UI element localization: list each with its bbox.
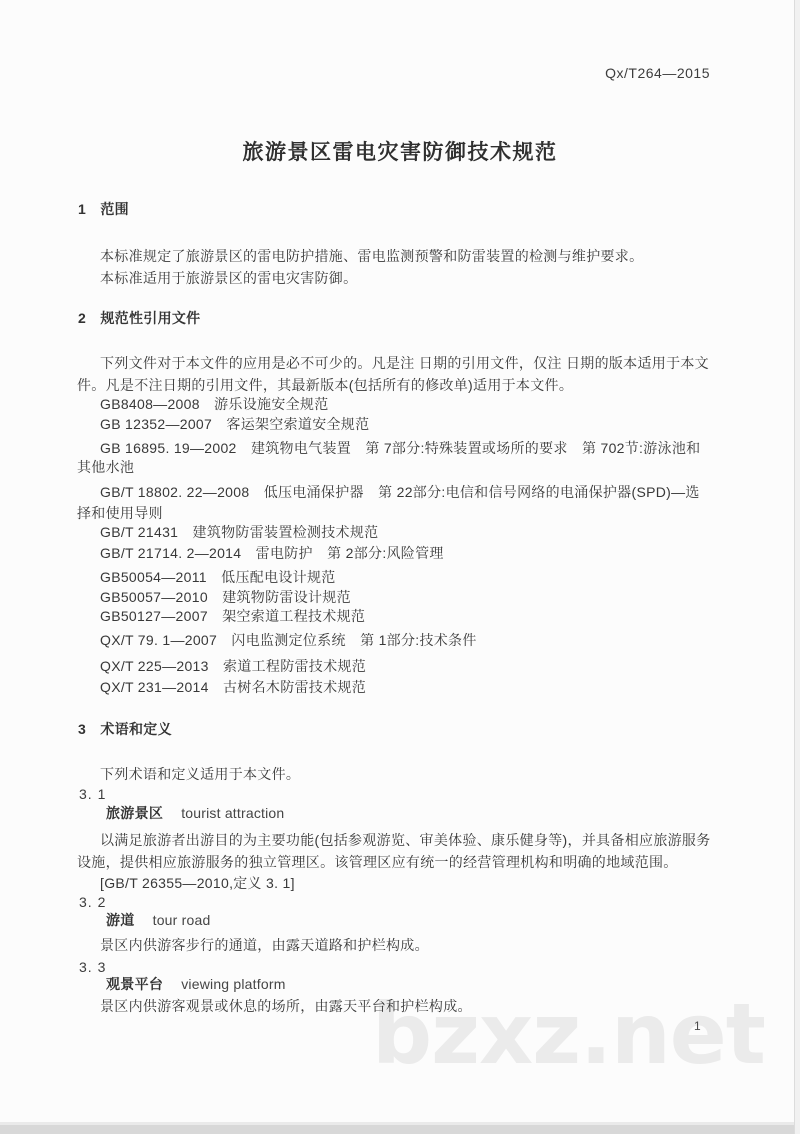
reference-line: QX/T 225—2013 索道工程防雷技术规范: [100, 656, 366, 676]
reference-line: GB/T 21431 建筑物防雷装置检测技术规范: [100, 522, 378, 542]
page-title: 旅游景区雷电灾害防御技术规范: [0, 138, 800, 168]
section-1-paragraph-2: 本标准适用于旅游景区的雷电灾害防御。: [100, 268, 357, 288]
reference-line: QX/T 231—2014 古树名木防雷技术规范: [100, 677, 366, 697]
section-3-heading: 3 术语和定义: [78, 719, 172, 739]
term-zh: 旅游景区: [106, 805, 163, 821]
reference-line: GB 12352—2007 客运架空索道安全规范: [100, 414, 369, 434]
section-3-intro: 下列术语和定义适用于本文件。: [100, 764, 300, 784]
clause-3-2-definition: 景区内供游客步行的通道，由露天道路和护栏构成。: [100, 935, 429, 955]
reference-line: GB/T 21714. 2—2014 雷电防护 第 2部分:风险管理: [100, 543, 444, 563]
term-en: tour road: [153, 912, 211, 928]
clause-3-1-source: [GB/T 26355—2010,定义 3. 1]: [100, 873, 295, 893]
doc-number: Qx/T264—2015: [605, 63, 710, 83]
clause-3-1-definition-line-1: 以满足旅游者出游目的为主要功能(包括参观游览、审美体验、康乐健身等)，并具备相应…: [100, 830, 711, 850]
clause-3-2-term: 游道tour road: [106, 910, 210, 930]
page-number: 1: [694, 1019, 701, 1033]
term-en: tourist attraction: [181, 805, 284, 821]
reference-line: QX/T 79. 1—2007 闪电监测定位系统 第 1部分:技术条件: [100, 630, 477, 650]
reference-line: GB 16895. 19—2002 建筑物电气装置 第 7部分:特殊装置或场所的…: [100, 438, 700, 458]
clause-3-1-number: 3. 1: [79, 784, 106, 804]
reference-line: GB50057—2010 建筑物防雷设计规范: [100, 587, 351, 607]
section-1-heading: 1 范围: [78, 199, 129, 219]
section-2-intro-line-2: 件。凡是不注日期的引用文件，其最新版本(包括所有的修改单)适用于本文件。: [77, 375, 573, 395]
reference-line-continuation: 其他水池: [77, 457, 134, 477]
scan-right-edge: [794, 0, 800, 1134]
term-en: viewing platform: [181, 976, 285, 992]
section-2-heading: 2 规范性引用文件: [78, 308, 201, 328]
reference-line-continuation: 择和使用导则: [77, 503, 163, 523]
term-zh: 观景平台: [106, 976, 163, 992]
clause-3-3-number: 3. 3: [79, 957, 106, 977]
section-2-intro-line-1: 下列文件对于本文件的应用是必不可少的。凡是注 日期的引用文件，仅注 日期的版本适…: [100, 353, 709, 373]
reference-line: GB8408—2008 游乐设施安全规范: [100, 394, 329, 414]
document-page: Qx/T264—2015 旅游景区雷电灾害防御技术规范 1 范围 本标准规定了旅…: [0, 0, 800, 1134]
reference-line: GB50054—2011 低压配电设计规范: [100, 567, 336, 587]
clause-3-2-number: 3. 2: [79, 892, 106, 912]
reference-line: GB50127—2007 架空索道工程技术规范: [100, 606, 365, 626]
term-zh: 游道: [106, 912, 135, 928]
clause-3-1-term: 旅游景区tourist attraction: [106, 803, 284, 823]
reference-line: GB/T 18802. 22—2008 低压电涌保护器 第 22部分:电信和信号…: [100, 482, 700, 502]
scan-bottom-edge: [0, 1122, 800, 1134]
clause-3-3-definition: 景区内供游客观景或休息的场所，由露天平台和护栏构成。: [100, 996, 472, 1016]
clause-3-1-definition-line-2: 设施，提供相应旅游服务的独立管理区。该管理区应有统一的经营管理机构和明确的地域范…: [77, 852, 678, 872]
section-1-paragraph-1: 本标准规定了旅游景区的雷电防护措施、雷电监测预警和防雷装置的检测与维护要求。: [100, 246, 643, 266]
clause-3-3-term: 观景平台viewing platform: [106, 974, 286, 994]
